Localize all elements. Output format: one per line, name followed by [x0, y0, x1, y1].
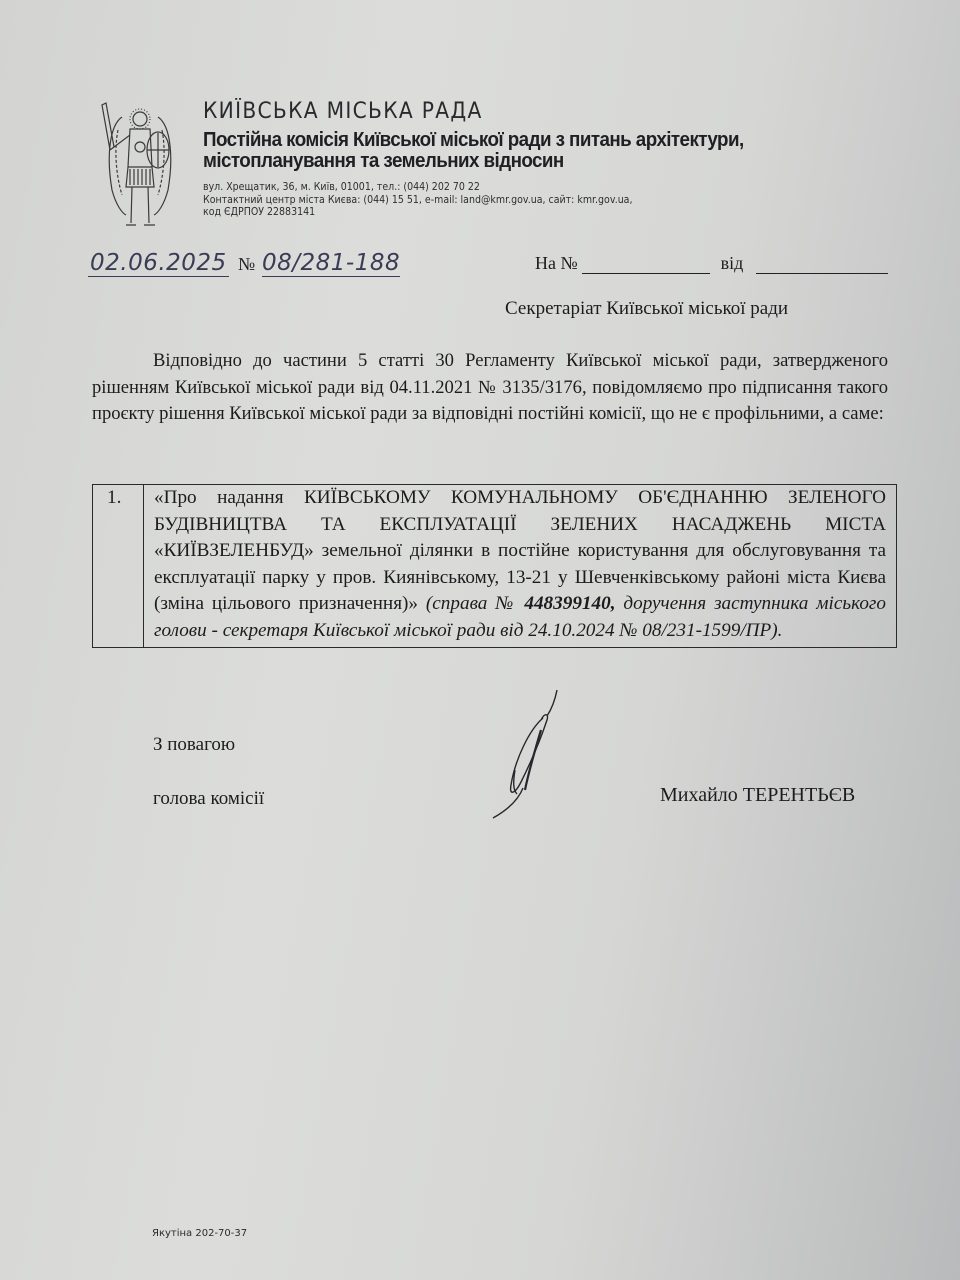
address: вул. Хрещатик, 36, м. Київ, 01001, тел.:…	[203, 181, 632, 194]
contact-info: вул. Хрещатик, 36, м. Київ, 01001, тел.:…	[203, 181, 632, 219]
item-case-prefix: (справа №	[426, 593, 524, 614]
signer-position: голова комісії	[153, 788, 264, 810]
committee-name-line1: Постійна комісія Київської міської ради …	[203, 130, 744, 151]
contact-center: Контактний центр міста Києва: (044) 15 5…	[203, 194, 632, 207]
executor-note: Якутіна 202-70-37	[152, 1228, 247, 1239]
item-text: «Про надання КИЇВСЬКОМУ КОМУНАЛЬНОМУ ОБ'…	[144, 485, 897, 648]
item-case-number: 448399140,	[524, 593, 615, 614]
body-paragraph: Відповідно до частини 5 статті 30 Реглам…	[92, 348, 888, 428]
number-symbol: №	[238, 254, 255, 275]
edrpou-code: код ЄДРПОУ 22883141	[203, 206, 632, 219]
committee-name-line2: містопланування та земельних відносин	[203, 151, 744, 172]
reference-line: На № від	[535, 253, 888, 274]
item-number: 1.	[93, 485, 144, 648]
ref-from-label: від	[721, 253, 744, 273]
organization-title: КИЇВСЬКА МІСЬКА РАДА	[203, 99, 483, 124]
closing-regards: З повагою	[153, 734, 235, 756]
item-text-intro: «Про надання	[154, 487, 304, 508]
registration-date: 02.06.2025	[88, 250, 229, 277]
committee-name: Постійна комісія Київської міської ради …	[203, 130, 744, 172]
registration-number: 08/281-188	[262, 250, 400, 277]
ref-date-blank	[756, 259, 888, 274]
ref-number-blank	[582, 259, 710, 274]
addressee: Секретаріат Київської міської ради	[505, 298, 788, 320]
archangel-emblem-icon	[100, 95, 180, 240]
signature-icon	[485, 690, 575, 820]
signer-name: Михайло ТЕРЕНТЬЄВ	[660, 784, 855, 807]
items-table: 1. «Про надання КИЇВСЬКОМУ КОМУНАЛЬНОМУ …	[92, 484, 897, 648]
table-row: 1. «Про надання КИЇВСЬКОМУ КОМУНАЛЬНОМУ …	[93, 485, 897, 648]
ref-number-label: На №	[535, 253, 578, 273]
